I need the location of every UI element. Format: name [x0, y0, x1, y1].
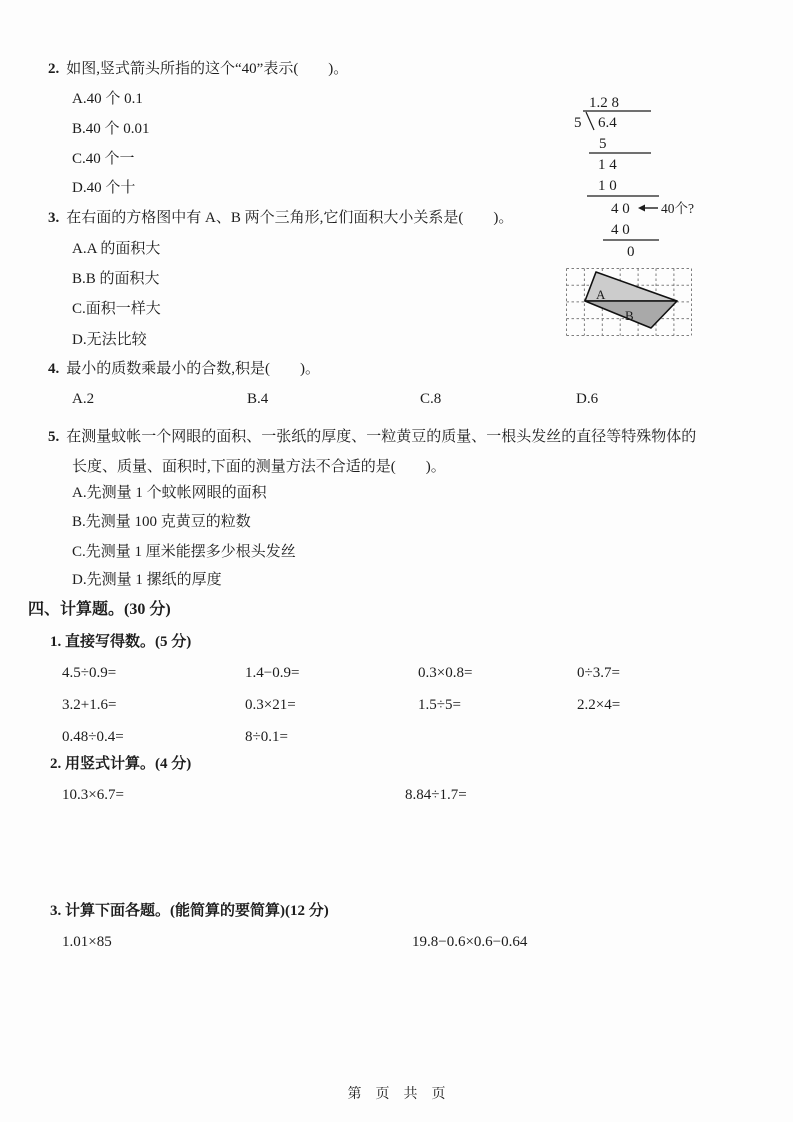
section-4-title: 四、计算题。(30 分): [28, 601, 171, 619]
question-3-option-a: A.A 的面积大: [72, 240, 160, 258]
question-2-number: 2.: [48, 61, 59, 77]
question-2-option-b: B.40 个 0.01: [72, 120, 150, 138]
question-5: 5.在测量蚊帐一个网眼的面积、一张纸的厚度、一粒黄豆的质量、一根头发丝的直径等特…: [48, 428, 696, 446]
question-4-text: 最小的质数乘最小的合数,积是( )。: [66, 361, 320, 377]
question-2-option-d: D.40 个十: [72, 179, 135, 197]
calc-item: 0÷3.7=: [577, 664, 620, 682]
division-bracket: [586, 112, 594, 130]
calc-item: 0.48÷0.4=: [62, 728, 124, 746]
vertical-calc-right: 8.84÷1.7=: [405, 786, 467, 804]
question-3-option-b: B.B 的面积大: [72, 270, 160, 288]
question-3-option-d: D.无法比较: [72, 331, 147, 349]
vertical-calc-left: 10.3×6.7=: [62, 786, 124, 804]
triangle-a-label: A: [596, 287, 606, 302]
division-step-5: 4 0: [611, 222, 630, 238]
question-3-number: 3.: [48, 210, 59, 226]
page-footer: 第 页 共 页: [0, 1083, 793, 1103]
long-division-figure: 1.2 8 5 6.4 5 1 4 1 0 4 0 40个? 4 0 0: [572, 90, 707, 262]
question-4-option-b: B.4: [247, 390, 268, 408]
question-2-text: 如图,竖式箭头所指的这个“40”表示( )。: [66, 61, 348, 77]
question-4-option-c: C.8: [420, 390, 441, 408]
division-step-1: 5: [599, 136, 607, 152]
triangle-grid-figure: A B: [566, 268, 692, 336]
division-quotient: 1.2 8: [589, 95, 619, 111]
calc-item: 3.2+1.6=: [62, 696, 116, 714]
question-4-option-a: A.2: [72, 390, 94, 408]
worksheet-page: 2.如图,竖式箭头所指的这个“40”表示( )。 A.40 个 0.1 B.40…: [0, 0, 793, 1122]
calc-item: 1.4−0.9=: [245, 664, 299, 682]
question-4-option-d: D.6: [576, 390, 598, 408]
triangle-b-label: B: [625, 308, 634, 323]
subsection-3-title: 3. 计算下面各题。(能简算的要简算)(12 分): [50, 902, 329, 920]
division-step-3: 1 0: [598, 178, 617, 194]
question-3-option-c: C.面积一样大: [72, 300, 161, 318]
question-2: 2.如图,竖式箭头所指的这个“40”表示( )。: [48, 60, 348, 78]
question-5-text-line1: 在测量蚊帐一个网眼的面积、一张纸的厚度、一粒黄豆的质量、一根头发丝的直径等特殊物…: [66, 429, 696, 445]
question-3: 3.在右面的方格图中有 A、B 两个三角形,它们面积大小关系是( )。: [48, 209, 513, 227]
question-2-option-c: C.40 个一: [72, 150, 135, 168]
subsection-2-title: 2. 用竖式计算。(4 分): [50, 755, 191, 773]
question-5-number: 5.: [48, 429, 59, 445]
question-2-option-a: A.40 个 0.1: [72, 90, 143, 108]
division-remainder: 0: [627, 244, 635, 260]
subsection-1-title: 1. 直接写得数。(5 分): [50, 633, 191, 651]
calc-item: 1.5÷5=: [418, 696, 461, 714]
division-dividend: 6.4: [598, 115, 617, 131]
simplify-calc-left: 1.01×85: [62, 933, 112, 951]
question-5-option-b: B.先测量 100 克黄豆的粒数: [72, 513, 251, 531]
division-divisor: 5: [574, 115, 582, 131]
question-5-text-line2: 长度、质量、面积时,下面的测量方法不合适的是( )。: [72, 458, 446, 476]
division-step-2: 1 4: [598, 157, 617, 173]
calc-item: 4.5÷0.9=: [62, 664, 116, 682]
calc-item: 2.2×4=: [577, 696, 620, 714]
calc-item: 0.3×21=: [245, 696, 296, 714]
question-4-number: 4.: [48, 361, 59, 377]
calc-item: 8÷0.1=: [245, 728, 288, 746]
question-5-option-c: C.先测量 1 厘米能摆多少根头发丝: [72, 543, 296, 561]
division-step-4: 4 0: [611, 201, 630, 217]
question-5-option-d: D.先测量 1 摞纸的厚度: [72, 571, 222, 589]
question-3-text: 在右面的方格图中有 A、B 两个三角形,它们面积大小关系是( )。: [66, 210, 513, 226]
question-4: 4.最小的质数乘最小的合数,积是( )。: [48, 360, 320, 378]
simplify-calc-right: 19.8−0.6×0.6−0.64: [412, 933, 527, 951]
calc-item: 0.3×0.8=: [418, 664, 472, 682]
division-annotation: 40个?: [661, 201, 694, 216]
question-5-option-a: A.先测量 1 个蚊帐网眼的面积: [72, 484, 267, 502]
